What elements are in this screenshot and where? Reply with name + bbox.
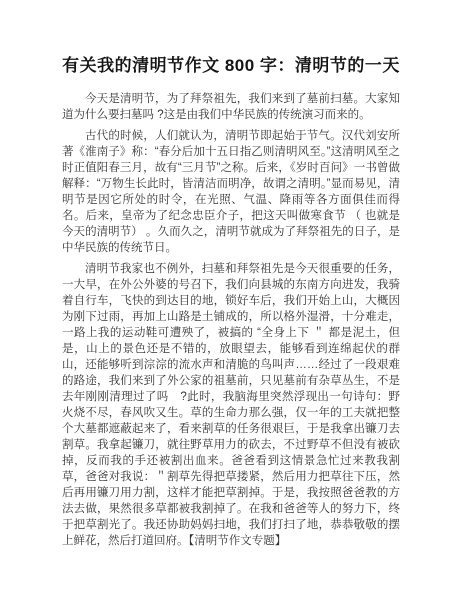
essay-body: 今天是清明节，为了拜祭祖先，我们来到了墓前扫墓。大家知道为什么要扫墓吗 ?这是由… [62,91,400,549]
document-page: 有关我的清明节作文 800 字：清明节的一天 今天是清明节，为了拜祭祖先，我们来… [0,0,462,600]
essay-paragraph-history: 古代的时候，人们就认为，清明节即起始于节气。汉代刘安所著《淮南子》称：“春分后加… [62,128,400,256]
essay-title: 有关我的清明节作文 800 字：清明节的一天 [0,55,462,77]
essay-paragraph-intro: 今天是清明节，为了拜祭祖先，我们来到了墓前扫墓。大家知道为什么要扫墓吗 ?这是由… [62,91,400,123]
essay-paragraph-story: 清明节我家也不例外，扫墓和拜祭祖先是今天很重要的任务，一大早，在外公外婆的号召下… [62,261,400,549]
